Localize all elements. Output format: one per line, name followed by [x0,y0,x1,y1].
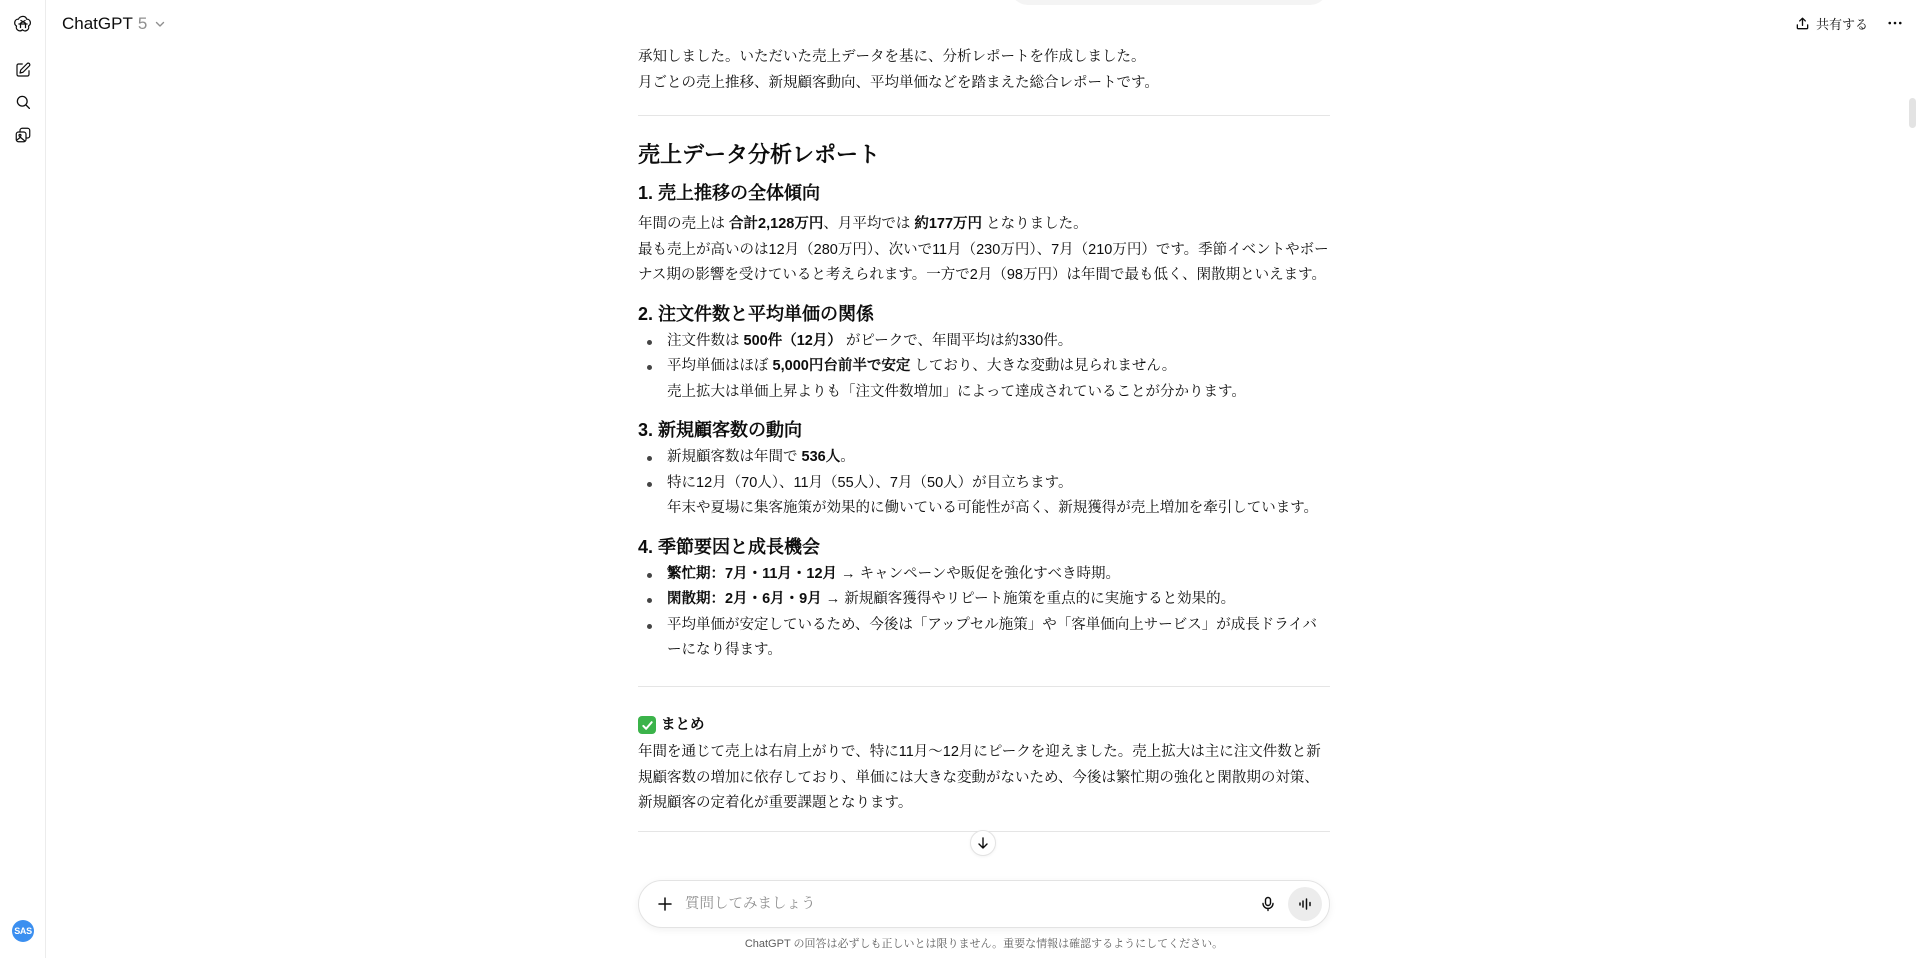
composer [638,880,1330,928]
list-item: 繁忙期：7月・11月・12月 → キャンペーンや販促を強化すべき時期。 [667,562,1330,588]
summary-heading: まとめ [638,713,1330,739]
chevron-down-icon [154,18,166,30]
assistant-message: 承知しました。いただいた売上データを基に、分析レポートを作成しました。 月ごとの… [638,44,1330,832]
search-icon[interactable] [11,90,35,114]
intro: 承知しました。いただいた売上データを基に、分析レポートを作成しました。 月ごとの… [638,44,1330,96]
chat-input[interactable] [685,896,1254,912]
attach-button[interactable] [651,890,679,918]
plus-icon [657,896,673,912]
bullet-list: 注文件数は 500件（12月） がピークで、年間平均は約330件。 平均単価はほ… [638,329,1330,406]
dictate-button[interactable] [1254,890,1282,918]
share-button[interactable]: 共有する [1795,12,1868,34]
share-icon [1795,16,1810,31]
list-item: 閑散期：2月・6月・9月 → 新規顧客獲得やリピート施策を重点的に実施すると効果… [667,587,1330,613]
divider [638,686,1330,687]
microphone-icon [1260,896,1276,912]
section-paragraph: 年間の売上は 合計2,128万円、月平均では 約177万円 となりました。 [638,212,1330,238]
scrollbar[interactable] [1909,98,1916,128]
list-item: 特に12月（70人）、11月（55人）、7月（50人）が目立ちます。年末や夏場に… [667,471,1330,522]
list-item: 平均単価はほぼ 5,000円台前半で安定 しており、大きな変動は見られません。売… [667,354,1330,405]
disclaimer: ChatGPT の回答は必ずしも正しいとは限りません。重要な情報は確認するように… [638,935,1330,951]
list-item: 平均単価が安定しているため、今後は「アップセル施策」や「客単価向上サービス」が成… [667,613,1330,664]
bullet-list: 繁忙期：7月・11月・12月 → キャンペーンや販促を強化すべき時期。 閑散期：… [638,562,1330,664]
section-heading: 4. 季節要因と成長機会 [638,534,1330,560]
voice-mode-button[interactable] [1288,887,1322,921]
new-chat-icon[interactable] [11,58,35,82]
divider [638,115,1330,116]
ellipsis-icon [1888,21,1902,25]
sidebar-rail: SAS [0,0,46,958]
bullet-list: 新規顧客数は年間で 536人。 特に12月（70人）、11月（55人）、7月（5… [638,445,1330,522]
library-icon[interactable] [11,123,35,147]
share-label: 共有する [1816,14,1868,33]
user-message-bubble [1010,0,1328,5]
avatar[interactable]: SAS [12,920,34,942]
list-item: 新規顧客数は年間で 536人。 [667,445,1330,471]
model-version: 5 [138,14,147,34]
intro-line: 月ごとの売上推移、新規顧客動向、平均単価などを踏まえた総合レポートです。 [638,70,1330,96]
summary-paragraph: 年間を通じて売上は右肩上がりで、特に11月〜12月にピークを迎えました。売上拡大… [638,740,1330,817]
arrow-down-icon [976,836,990,850]
model-name: ChatGPT [62,14,133,34]
voice-waveform-icon [1297,896,1313,912]
scroll-to-bottom-button[interactable] [970,830,996,856]
model-switcher[interactable]: ChatGPT 5 [62,12,166,36]
list-item: 注文件数は 500件（12月） がピークで、年間平均は約330件。 [667,329,1330,355]
check-mark-icon [638,716,656,734]
openai-logo-icon[interactable] [11,12,35,36]
intro-line: 承知しました。いただいた売上データを基に、分析レポートを作成しました。 [638,44,1330,70]
more-options-button[interactable] [1884,12,1906,34]
section-heading: 3. 新規顧客数の動向 [638,417,1330,443]
section-heading: 2. 注文件数と平均単価の関係 [638,301,1330,327]
section-paragraph: 最も売上が高いのは12月（280万円）、次いで11月（230万円）、7月（210… [638,238,1330,289]
section-heading: 1. 売上推移の全体傾向 [638,180,1330,206]
report-title: 売上データ分析レポート [638,140,1330,170]
